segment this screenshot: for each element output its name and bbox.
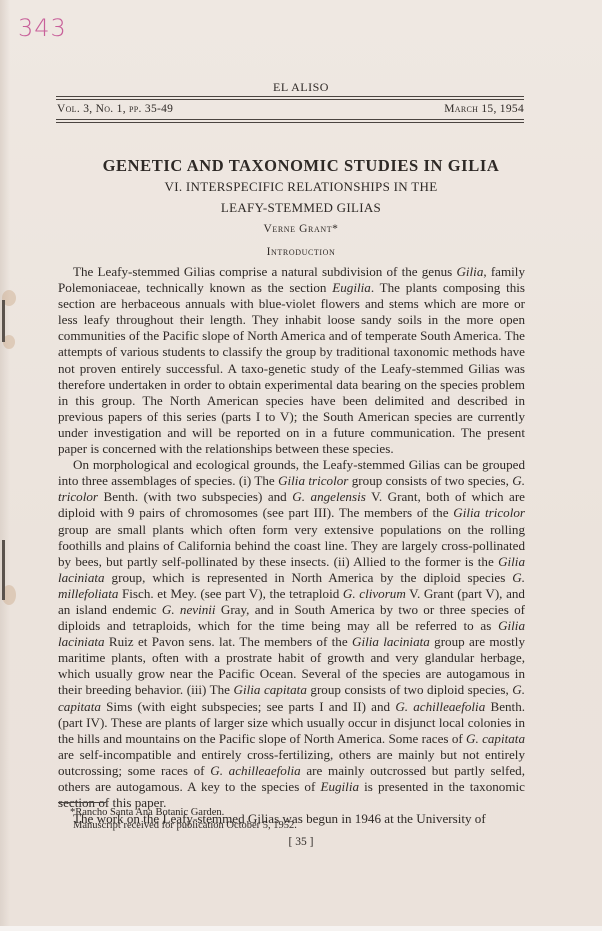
header-rule-top-thin	[56, 99, 524, 100]
taxon-name: G. angelensis	[292, 489, 366, 504]
header-rule-bottom	[56, 122, 524, 123]
body-paragraph: On morphological and ecological grounds,…	[58, 457, 525, 811]
staple-mark	[2, 540, 5, 600]
body-paragraph: The Leafy-stemmed Gilias comprise a natu…	[58, 264, 525, 457]
article-subtitle-line1: VI. INTERSPECIFIC RELATIONSHIPS IN THE	[0, 179, 602, 195]
taxon-name: Gilia capitata	[234, 682, 307, 697]
article-subtitle-line2: LEAFY-STEMMED GILIAS	[0, 200, 602, 216]
issue-date: March 15, 1954	[444, 103, 524, 115]
footnote-received: Manuscript received for publication Octo…	[70, 820, 297, 833]
article-body: The Leafy-stemmed Gilias comprise a natu…	[58, 264, 525, 827]
taxon-name: Eugilia	[320, 779, 359, 794]
issue-info: Vol. 3, No. 1, pp. 35-49	[57, 103, 173, 115]
taxon-name: G. nevinii	[162, 602, 216, 617]
taxon-name: Gilia tricolor	[453, 505, 525, 520]
footnote-affiliation: *Rancho Santa Ana Botanic Garden.	[70, 807, 297, 820]
page-left-edge-shadow	[0, 0, 10, 926]
page-number: [ 35 ]	[0, 836, 602, 848]
taxon-name: G. clivorum	[343, 586, 406, 601]
taxon-name: G. achilleaefolia	[210, 763, 300, 778]
taxon-name: Gilia	[456, 264, 483, 279]
taxon-name: Gilia laciniata	[352, 634, 430, 649]
taxon-name: G. achilleaefolia	[395, 699, 485, 714]
staple-mark	[2, 300, 5, 342]
taxon-name: G. capitata	[466, 731, 525, 746]
scanned-page: 343 EL ALISO Vol. 3, No. 1, pp. 35-49 Ma…	[0, 0, 602, 926]
handwritten-note: 343	[18, 14, 67, 42]
taxon-name: Gilia tricolor	[278, 473, 348, 488]
footnote-rule	[58, 802, 106, 803]
article-title: GENETIC AND TAXONOMIC STUDIES IN GILIA	[0, 156, 602, 176]
header-rule-bottom-thin	[56, 119, 524, 120]
taxon-name: Eugilia	[332, 280, 371, 295]
page-bottom-edge	[0, 926, 602, 931]
footnotes: *Rancho Santa Ana Botanic Garden. Manusc…	[70, 807, 297, 832]
header-rule-top	[56, 96, 524, 97]
section-heading: Introduction	[0, 246, 602, 258]
author-name: Verne Grant*	[0, 223, 602, 235]
journal-name: EL ALISO	[0, 80, 602, 95]
